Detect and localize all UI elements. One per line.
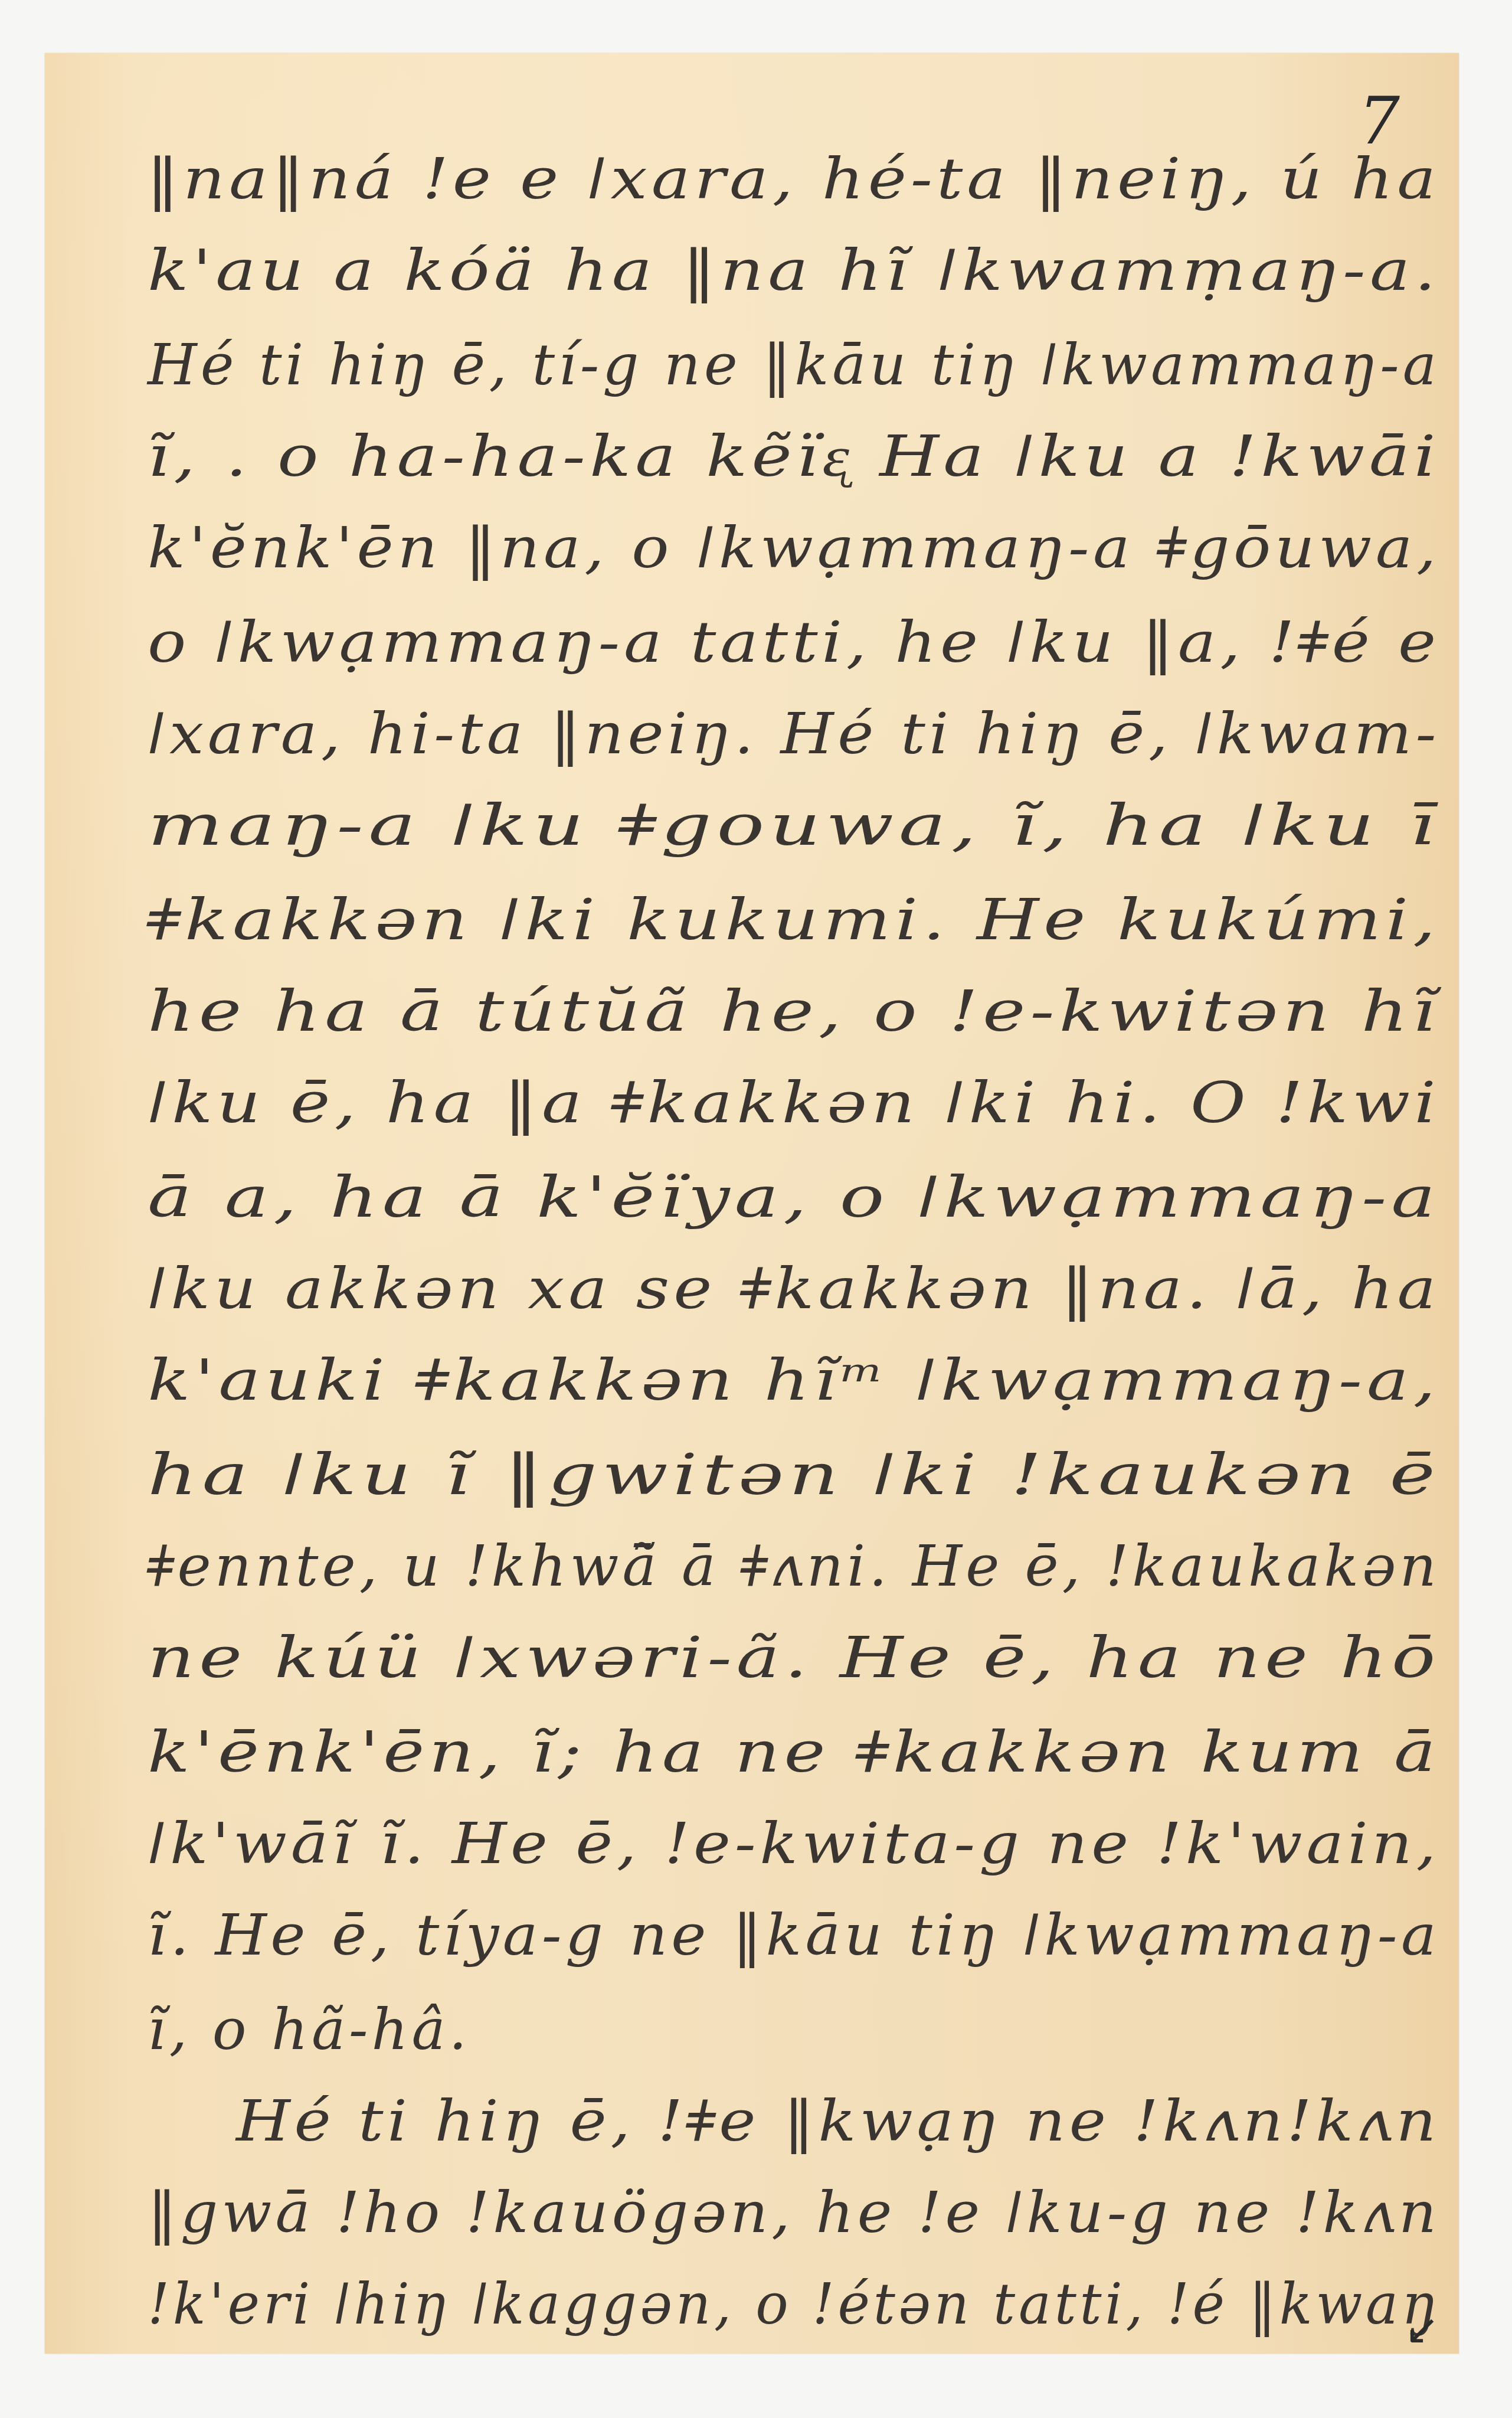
text-line: k'ēnk'ēn, ĩ; ha ne ǂkakkən kum ā bbox=[0, 1724, 1512, 1780]
text-line: k'ĕnk'ēn ‖na, o ǀkwạmmaŋ-a ǂgōuwa, bbox=[0, 519, 1512, 576]
text-line: he ha ā tútŭã he, o !e-kwitən hĩ bbox=[0, 983, 1512, 1040]
text-line: o ǀkwạmmaŋ-a tatti, he ǀku ‖a, !ǂé e bbox=[0, 614, 1512, 671]
text-line: k'au a kóä ha ‖na hĩ ǀkwamṃaŋ-a. bbox=[0, 242, 1512, 299]
text-line: !k'eri ǀhiŋ ǀkaggən, o !étən tatti, !é ‖… bbox=[0, 2276, 1512, 2332]
text-line: ne kúü ǀxwəri-ã. He ē, ha ne hō bbox=[0, 1629, 1512, 1686]
text-line: ǂkakkən ǀki kukumi. He kukúmi, bbox=[0, 891, 1512, 948]
text-line: ǀk'wāĩ ĩ. He ē, !e-kwita-g ne !k'wain, bbox=[0, 1815, 1512, 1872]
text-line: ‖na‖ná !e e ǀxara, hé-ta ‖neiŋ, ú ha bbox=[0, 151, 1512, 207]
page-number: 7 bbox=[1359, 89, 1400, 153]
text-line: ĩ. He ē, tíya-g ne ‖kāu tiŋ ǀkwạmmaŋ-a bbox=[0, 1907, 1512, 1963]
text-line: Hé ti hiŋ ē, tí-g ne ‖kāu tiŋ ǀkwammaŋ-a bbox=[0, 336, 1512, 393]
text-line: ǀxara, hi-ta ‖neiŋ. Hé ti hiŋ ē, ǀkwam- bbox=[0, 705, 1512, 762]
text-line: ha ǀku ĩ ‖gwitən ǀki !kaukən ē bbox=[0, 1446, 1512, 1503]
text-line: ā a, ha ā k'ĕïya, o ǀkwạmmaŋ-a bbox=[0, 1169, 1512, 1226]
text-line: ĩ, . o ha-ha-ka kẽïᶓ Ha ǀku a !kwāi bbox=[0, 428, 1512, 485]
text-line: k'auki ǂkakkən hĩᵐ ǀkwạmmaŋ-a, bbox=[0, 1352, 1512, 1409]
text-line: ǀku akkən xa se ǂkakkən ‖na. ǀā, ha bbox=[0, 1260, 1512, 1317]
text-line: ‖gwā !ho !kauögən, he !e ǀku-g ne !kʌn bbox=[0, 2184, 1512, 2241]
continuation-arrow-icon: ↙ bbox=[1405, 2305, 1439, 2354]
text-line-indented: Hé ti hiŋ ē, !ǂe ‖kwạŋ ne !kʌn!kʌn bbox=[0, 2093, 1512, 2149]
text-line: ǂennte, u !khwā̃ ā ǂʌni. He ē, !kaukakən bbox=[0, 1538, 1512, 1594]
text-line: ǀku ē, ha ‖a ǂkakkən ǀki hi. O !kwi bbox=[0, 1074, 1512, 1131]
text-line: ĩ, o hã-hâ. bbox=[0, 2001, 1512, 2058]
text-line: maŋ-a ǀku ǂgouwa, ĩ, ha ǀku ī bbox=[0, 797, 1512, 854]
